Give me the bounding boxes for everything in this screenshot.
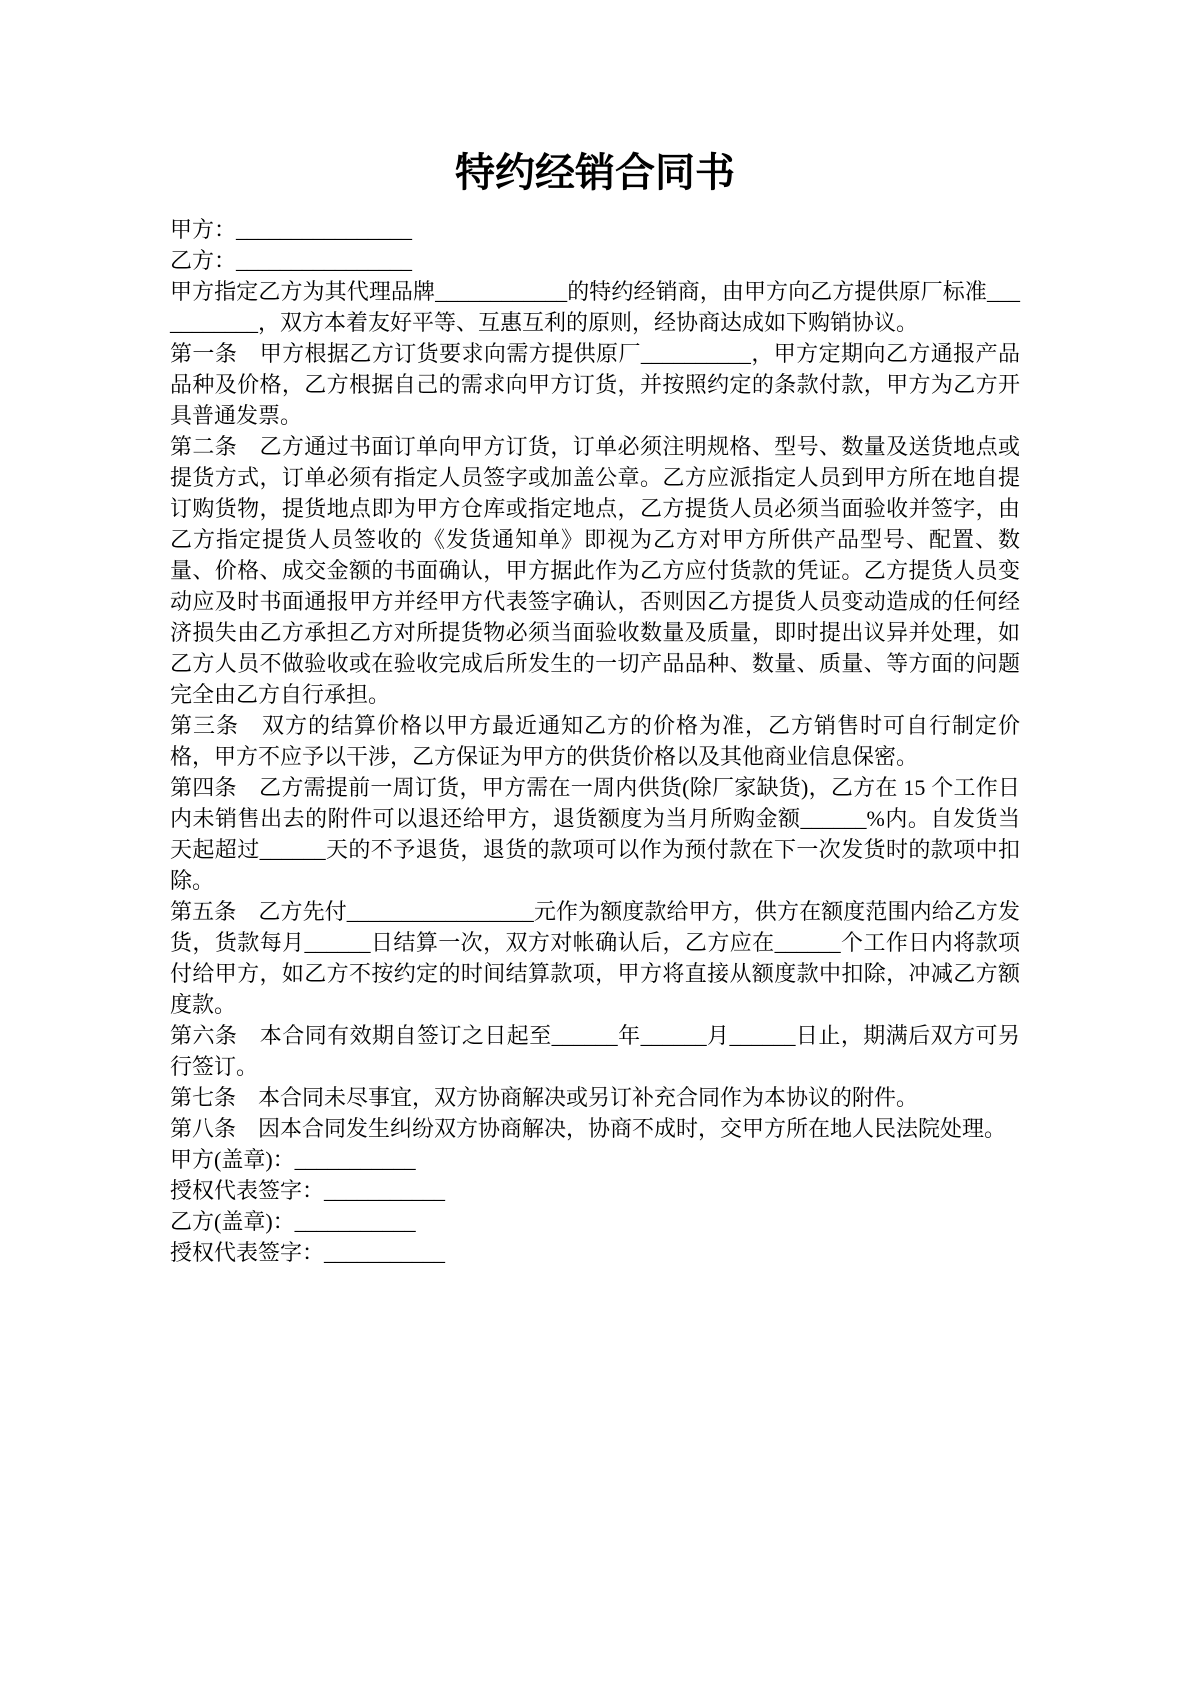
clause-1: 第一条 甲方根据乙方订货要求向需方提供原厂__________，甲方定期向乙方通… [170,338,1020,431]
clause-7: 第七条 本合同未尽事宜，双方协商解决或另订补充合同作为本协议的附件。 [170,1082,1020,1113]
party-a-representative-signature-line: 授权代表签字：___________ [170,1175,1020,1206]
clause-4: 第四条 乙方需提前一周订货，甲方需在一周内供货(除厂家缺货)，乙方在 15 个工… [170,772,1020,896]
party-b-representative-signature-line: 授权代表签字：___________ [170,1237,1020,1268]
clause-8: 第八条 因本合同发生纠纷双方协商解决，协商不成时，交甲方所在地人民法院处理。 [170,1113,1020,1144]
party-b-line: 乙方：________________ [170,245,1020,276]
clause-2: 第二条 乙方通过书面订单向甲方订货，订单必须注明规格、型号、数量及送货地点或提货… [170,431,1020,710]
party-b-seal-line: 乙方(盖章)：___________ [170,1206,1020,1237]
party-a-line: 甲方：________________ [170,214,1020,245]
clause-6: 第六条 本合同有效期自签订之日起至______年______月______日止，… [170,1020,1020,1082]
clause-3: 第三条 双方的结算价格以甲方最近通知乙方的价格为准，乙方销售时可自行制定价格，甲… [170,710,1020,772]
party-a-seal-line: 甲方(盖章)：___________ [170,1144,1020,1175]
document-title: 特约经销合同书 [170,150,1020,196]
preamble-paragraph: 甲方指定乙方为其代理品牌____________的特约经销商，由甲方向乙方提供原… [170,276,1020,338]
contract-document-page: 特约经销合同书 甲方：________________ 乙方：_________… [0,0,1190,1683]
clause-5: 第五条 乙方先付_________________元作为额度款给甲方，供方在额度… [170,896,1020,1020]
